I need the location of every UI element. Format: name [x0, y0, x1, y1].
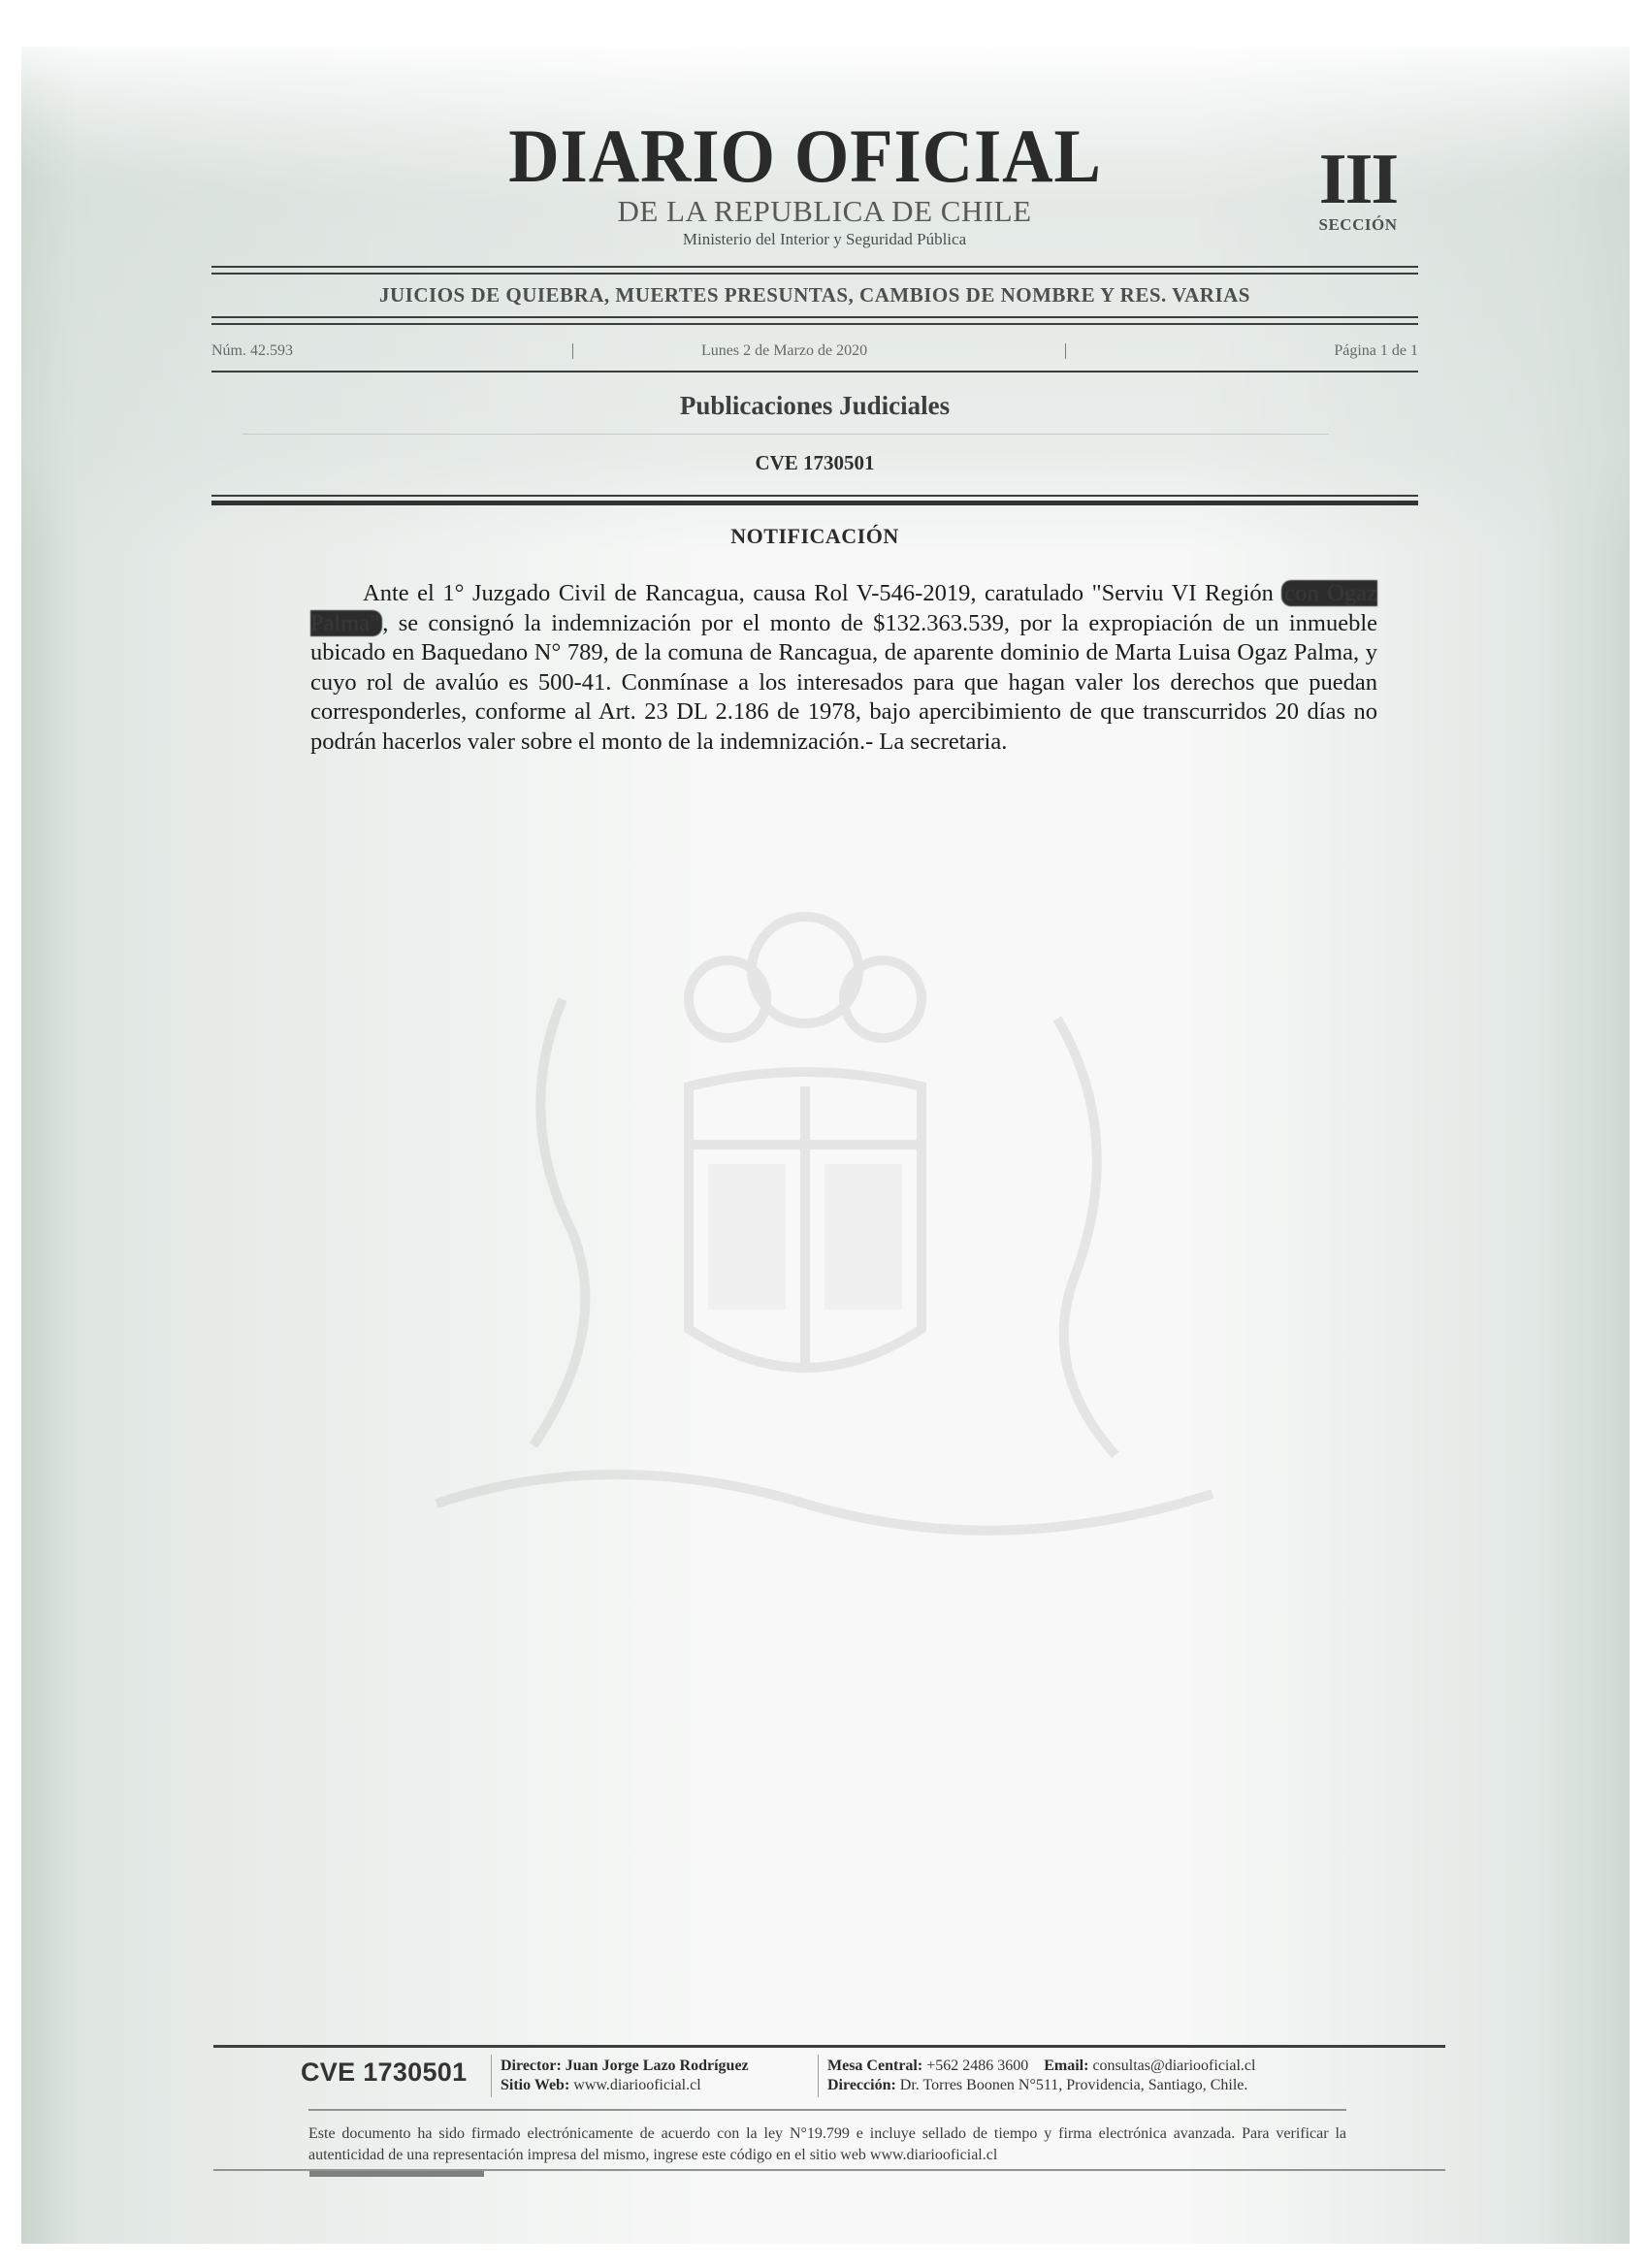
footer-legal-notice: Este documento ha sido firmado electróni… — [308, 2123, 1346, 2166]
divider — [211, 273, 1418, 275]
notice-text-part-2: , se consignó la indemnización por el mo… — [310, 610, 1377, 755]
page-indicator: Página 1 de 1 — [1334, 342, 1418, 360]
barcode-strip — [309, 2171, 484, 2177]
masthead-title: DIARIO OFICIAL — [480, 118, 1130, 194]
notice-title: NOTIFICACIÓN — [211, 524, 1418, 549]
email-link[interactable]: consultas@diariooficial.cl — [1092, 2057, 1255, 2074]
issue-date: Lunes 2 de Marzo de 2020 — [701, 342, 867, 360]
address-value: Dr. Torres Boonen N°511, Providencia, Sa… — [900, 2077, 1248, 2093]
notice-body: Ante el 1° Juzgado Civil de Rancagua, ca… — [310, 579, 1377, 757]
divider — [211, 501, 1418, 505]
website-label: Sitio Web: — [501, 2077, 569, 2093]
phone-value: +562 2486 3600 — [926, 2057, 1028, 2074]
phone-label: Mesa Central: — [827, 2057, 922, 2074]
notice-text-part-1: Ante el 1° Juzgado Civil de Rancagua, ca… — [363, 580, 1281, 606]
cve-code: CVE 1730501 — [211, 451, 1418, 475]
director-label: Director: — [501, 2057, 562, 2074]
divider — [211, 495, 1418, 497]
director-value: Juan Jorge Lazo Rodríguez — [566, 2057, 749, 2074]
divider — [211, 371, 1418, 373]
issue-number: Núm. 42.593 — [211, 342, 293, 360]
masthead-subtitle: DE LA REPUBLICA DE CHILE — [485, 196, 1164, 226]
section-number: III — [1300, 144, 1416, 215]
publication-section-title: Publicaciones Judiciales — [211, 391, 1418, 421]
divider — [818, 2055, 819, 2097]
divider — [572, 343, 573, 359]
divider — [1065, 343, 1066, 359]
email-label: Email: — [1044, 2057, 1088, 2074]
chile-coat-of-arms-icon — [320, 825, 1329, 1562]
website-link[interactable]: www.diariooficial.cl — [573, 2077, 700, 2093]
footer-cve-code: CVE 1730501 — [301, 2057, 467, 2088]
address-label: Dirección: — [827, 2077, 896, 2093]
divider — [308, 2109, 1346, 2111]
masthead-ministry: Ministerio del Interior y Seguridad Públ… — [504, 231, 1145, 247]
section-label: SECCIÓN — [1290, 215, 1426, 235]
category-heading: JUICIOS DE QUIEBRA, MUERTES PRESUNTAS, C… — [211, 283, 1418, 308]
divider — [213, 2045, 1445, 2048]
divider — [211, 323, 1418, 325]
divider — [242, 434, 1329, 435]
footer-director-block: Director: Juan Jorge Lazo Rodríguez Siti… — [501, 2057, 749, 2095]
footer-contact-block: Mesa Central: +562 2486 3600 Email: cons… — [827, 2057, 1255, 2095]
divider — [491, 2055, 492, 2097]
divider — [211, 316, 1418, 318]
divider — [211, 266, 1418, 268]
